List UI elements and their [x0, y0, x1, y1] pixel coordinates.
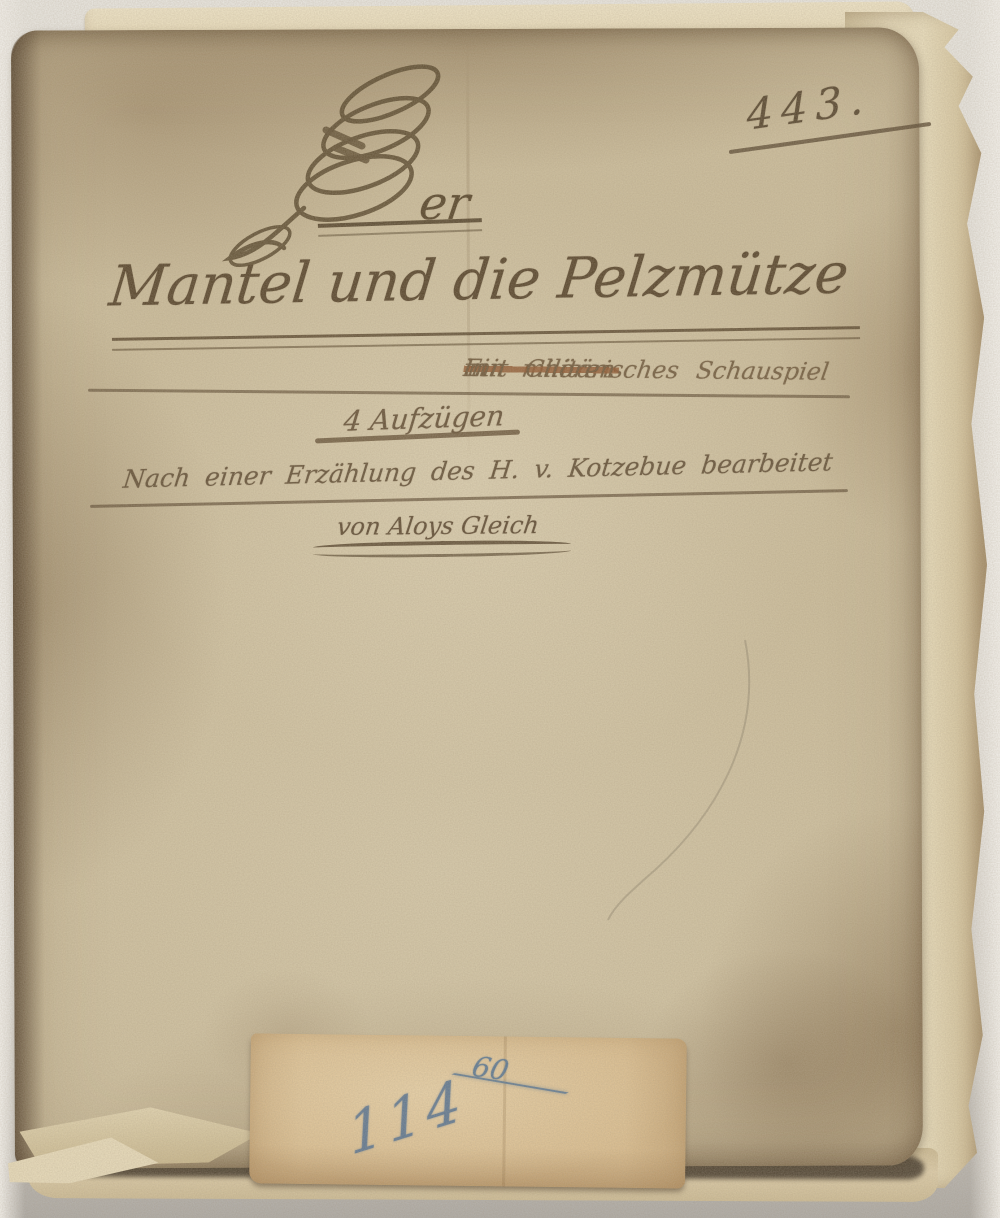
author-line: von Aloys Gleich [323, 511, 553, 541]
manuscript-scan: 443. D er Mantel und die Pelzmütze Ein m… [0, 0, 1000, 1218]
bookseller-label: 60— 114 [249, 1033, 687, 1188]
label-inventory-number: 114 [344, 1067, 469, 1169]
title-main: Mantel und die Pelzmütze [95, 241, 864, 319]
subtitle-after: in [462, 354, 489, 382]
spine-shadow [11, 30, 45, 1168]
pencil-scribble [560, 620, 780, 940]
